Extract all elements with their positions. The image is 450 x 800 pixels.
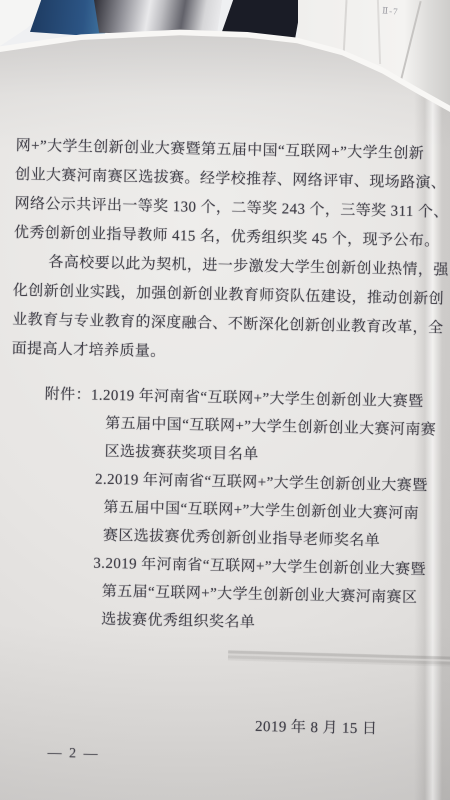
document-photo: Ⅱ-7 网+”大学生创新创业大赛暨第五届中国“互联网+”大学生创新 创业大赛河南… (0, 0, 450, 800)
attachments-section: 附件：1.2019 年河南省“互联网+”大学生创新创业大赛暨 第五届中国“互联网… (6, 380, 437, 640)
attachments-label: 附件： (45, 387, 92, 404)
stack-corner-mark: Ⅱ-7 (382, 5, 399, 17)
document-text: 网+”大学生创新创业大赛暨第五届中国“互联网+”大学生创新 创业大赛河南赛区选拔… (3, 132, 442, 774)
paper-stack-fold-line (377, 0, 381, 64)
attachment-item-1-line-1: 1.2019 年河南省“互联网+”大学生创新创业大赛暨 (91, 388, 424, 411)
paper-stack-fold-line (342, 0, 347, 58)
document-paper: 网+”大学生创新创业大赛暨第五届中国“互联网+”大学生创新 创业大赛河南赛区选拔… (0, 0, 450, 800)
paper-stack-edge (400, 1, 421, 79)
